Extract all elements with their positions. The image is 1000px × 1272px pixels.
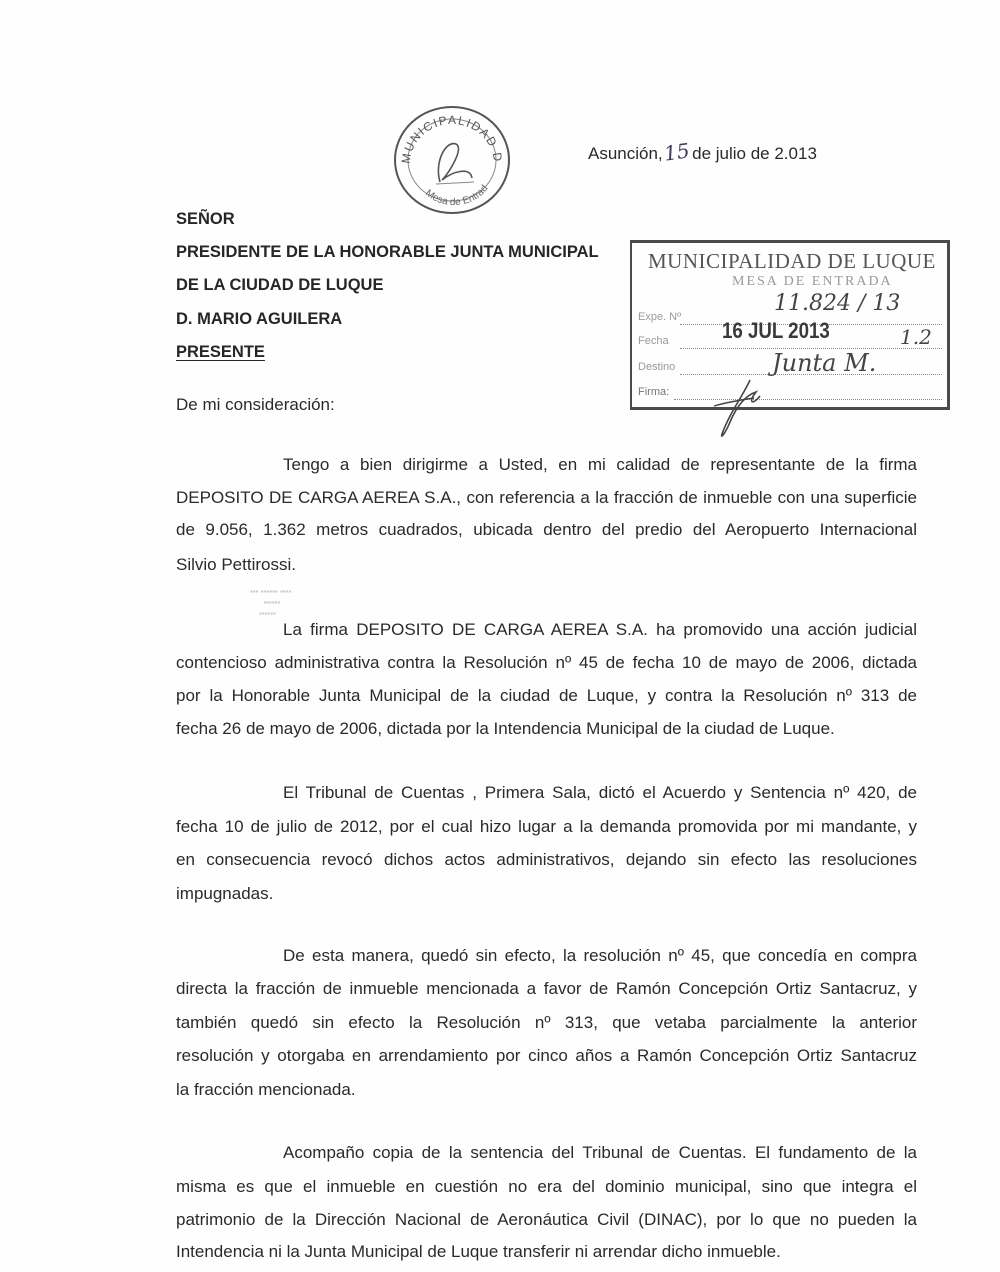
body-line-text: patrimonio de la Dirección Nacional de A… (176, 1210, 917, 1230)
body-line: Intendencia ni la Junta Municipal de Luq… (176, 1242, 781, 1262)
body-line: resolución y otorgaba en arrendamiento p… (176, 1046, 917, 1066)
seal-emblem-icon: MUNICIPALIDAD DE LUQUE Mesa de Entrada (390, 102, 514, 218)
body-line-text: DEPOSITO DE CARGA AEREA S.A., con refere… (176, 488, 917, 508)
letter-date: Asunción,15de julio de 2.013 (588, 140, 817, 164)
body-line-text: por la Honorable Junta Municipal de la c… (176, 686, 917, 706)
body-line: impugnadas. (176, 884, 273, 904)
body-line: de 9.056, 1.362 metros cuadrados, ubicad… (176, 520, 917, 540)
recipient-line: SEÑOR (176, 210, 235, 229)
salutation: De mi consideración: (176, 395, 335, 415)
body-line: Tengo a bien dirigirme a Usted, en mi ca… (283, 455, 917, 475)
body-line: patrimonio de la Dirección Nacional de A… (176, 1210, 917, 1230)
stamp-expediente-number: 11.824 / 13 (774, 291, 900, 316)
body-line: Silvio Pettirossi. (176, 555, 296, 575)
body-line-text: en consecuencia revocó dichos actos admi… (176, 850, 917, 870)
body-line-text: fecha 10 de julio de 2012, por el cual h… (176, 817, 917, 837)
body-line: DEPOSITO DE CARGA AEREA S.A., con refere… (176, 488, 917, 508)
letter-page: MUNICIPALIDAD DE LUQUE Mesa de Entrada A… (0, 0, 1000, 1272)
body-line: La firma DEPOSITO DE CARGA AEREA S.A. ha… (283, 620, 917, 640)
stamp-label-firma: Firma: (638, 386, 669, 398)
body-line: contencioso administrativa contra la Res… (176, 653, 917, 673)
body-line-text: resolución y otorgaba en arrendamiento p… (176, 1046, 917, 1066)
body-line: también quedó sin efecto la Resolución n… (176, 1013, 917, 1033)
entry-stamp: MUNICIPALIDAD DE LUQUE MESA DE ENTRADA E… (630, 240, 950, 410)
stamp-title: MUNICIPALIDAD DE LUQUE (648, 249, 936, 274)
faint-bleedthrough: ▪▪▪ ▪▪▪▪▪▪ ▪▪▪▪ ▪▪▪▪▪▪ ▪▪▪▪▪▪ (250, 586, 291, 619)
stamp-label-expediente: Expe. Nº (638, 311, 681, 323)
body-line: la fracción mencionada. (176, 1080, 356, 1100)
date-rest: de julio de 2.013 (692, 144, 817, 163)
stamp-subtitle: MESA DE ENTRADA (732, 274, 893, 290)
date-city: Asunción, (588, 144, 663, 163)
stamp-label-destino: Destino (638, 361, 675, 373)
body-line: fecha 26 de mayo de 2006, dictada por la… (176, 719, 835, 739)
body-line-text: De esta manera, quedó sin efecto, la res… (283, 946, 917, 966)
stamp-destino: Junta M. (772, 349, 876, 377)
body-line-text: La firma DEPOSITO DE CARGA AEREA S.A. ha… (283, 620, 917, 640)
body-line-text: directa la fracción de inmueble menciona… (176, 979, 917, 999)
stamp-time: 1.2 (900, 325, 932, 349)
body-line: fecha 10 de julio de 2012, por el cual h… (176, 817, 917, 837)
body-line: El Tribunal de Cuentas , Primera Sala, d… (283, 783, 917, 803)
recipient-presente: PRESENTE (176, 343, 265, 362)
body-line: directa la fracción de inmueble menciona… (176, 979, 917, 999)
recipient-line: PRESIDENTE DE LA HONORABLE JUNTA MUNICIP… (176, 243, 599, 262)
body-line: misma es que el inmueble en cuestión no … (176, 1177, 917, 1197)
body-line-text: también quedó sin efecto la Resolución n… (176, 1013, 917, 1033)
body-line-text: de 9.056, 1.362 metros cuadrados, ubicad… (176, 520, 917, 540)
body-line-text: contencioso administrativa contra la Res… (176, 653, 917, 673)
date-day-handwritten: 15 (662, 138, 691, 165)
recipient-line: D. MARIO AGUILERA (176, 310, 342, 329)
body-line-text: Tengo a bien dirigirme a Usted, en mi ca… (283, 455, 917, 475)
signature-scribble-icon (700, 372, 780, 442)
body-line: por la Honorable Junta Municipal de la c… (176, 686, 917, 706)
body-line-text: El Tribunal de Cuentas , Primera Sala, d… (283, 783, 917, 803)
stamp-received-date: 16 JUL 2013 (722, 318, 830, 344)
municipal-seal: MUNICIPALIDAD DE LUQUE Mesa de Entrada (390, 102, 514, 218)
body-line-text: Acompaño copia de la sentencia del Tribu… (283, 1143, 917, 1163)
body-line: en consecuencia revocó dichos actos admi… (176, 850, 917, 870)
body-line: Acompaño copia de la sentencia del Tribu… (283, 1143, 917, 1163)
recipient-line: DE LA CIUDAD DE LUQUE (176, 276, 383, 295)
stamp-label-fecha: Fecha (638, 335, 669, 347)
body-line-text: misma es que el inmueble en cuestión no … (176, 1177, 917, 1197)
svg-text:MUNICIPALIDAD DE LUQUE: MUNICIPALIDAD DE LUQUE (390, 102, 505, 164)
body-line: De esta manera, quedó sin efecto, la res… (283, 946, 917, 966)
